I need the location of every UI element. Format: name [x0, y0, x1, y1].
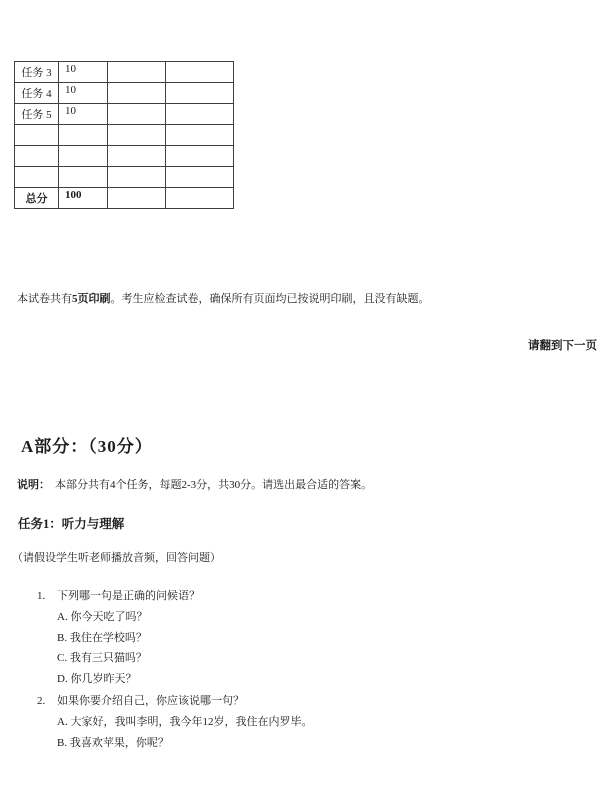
empty-cell: [166, 146, 234, 167]
section-instructions: 说明：本部分共有4个任务，每题2-3分，共30分。请选出最合适的答案。: [17, 476, 372, 492]
empty-cell: [59, 167, 108, 188]
question-list: 1. 下列哪一句是正确的问候语？ A. 你今天吃了吗？ B. 我住在学校吗？ C…: [37, 586, 582, 753]
task1-note: （请假设学生听老师播放音频，回答问题）: [12, 549, 221, 565]
task-score-cell: 10: [59, 83, 108, 104]
empty-cell: [59, 146, 108, 167]
table-row: [15, 125, 234, 146]
notice-page-count: 5页印刷: [72, 293, 111, 305]
table-row-total: 总分 100: [15, 188, 234, 209]
empty-cell: [108, 62, 166, 83]
empty-cell: [108, 146, 166, 167]
option-line: A. 你今天吃了吗？: [57, 607, 582, 628]
empty-cell: [166, 125, 234, 146]
table-row: 任务 3 10: [15, 62, 234, 83]
empty-cell: [166, 167, 234, 188]
task-label-cell: 任务 5: [15, 104, 59, 125]
question-item-1: 1. 下列哪一句是正确的问候语？ A. 你今天吃了吗？ B. 我住在学校吗？ C…: [37, 586, 582, 690]
question-item-2: 2. 如果你要介绍自己，你应该说哪一句？ A. 大家好，我叫李明，我今年12岁，…: [37, 691, 582, 753]
task-score-cell: 10: [59, 62, 108, 83]
question-number: 1.: [37, 586, 57, 607]
print-notice: 本试卷共有5页印刷。考生应检查试卷，确保所有页面均已按说明印刷，且没有缺题。: [17, 290, 592, 306]
notice-prefix: 本试卷共有: [17, 293, 72, 305]
empty-cell: [166, 104, 234, 125]
instructions-label: 说明：: [17, 479, 50, 491]
empty-cell: [59, 125, 108, 146]
empty-cell: [108, 125, 166, 146]
total-label-cell: 总分: [15, 188, 59, 209]
turn-page-note: 请翻到下一页: [528, 337, 597, 353]
empty-cell: [108, 188, 166, 209]
empty-cell: [15, 167, 59, 188]
question-text: 如果你要介绍自己，你应该说哪一句？: [57, 691, 244, 712]
empty-cell: [166, 83, 234, 104]
table-row: [15, 146, 234, 167]
table-row: 任务 5 10: [15, 104, 234, 125]
task-label-cell: 任务 4: [15, 83, 59, 104]
total-score-cell: 100: [59, 188, 108, 209]
question-line: 1. 下列哪一句是正确的问候语？: [37, 586, 582, 607]
table-row: [15, 167, 234, 188]
question-line: 2. 如果你要介绍自己，你应该说哪一句？: [37, 691, 582, 712]
empty-cell: [15, 125, 59, 146]
empty-cell: [15, 146, 59, 167]
option-line: A. 大家好，我叫李明，我今年12岁，我住在内罗毕。: [57, 712, 582, 733]
question-number: 2.: [37, 691, 57, 712]
option-line: C. 我有三只猫吗？: [57, 648, 582, 669]
score-table: 任务 3 10 任务 4 10 任务 5 10: [14, 61, 234, 209]
task-score-cell: 10: [59, 104, 108, 125]
exam-page: 任务 3 10 任务 4 10 任务 5 10: [0, 0, 612, 792]
empty-cell: [166, 188, 234, 209]
section-a-heading: A部分：（30分）: [21, 432, 153, 457]
task-label-cell: 任务 3: [15, 62, 59, 83]
table-row: 任务 4 10: [15, 83, 234, 104]
option-line: D. 你几岁昨天？: [57, 669, 582, 690]
instructions-text: 本部分共有4个任务，每题2-3分，共30分。请选出最合适的答案。: [55, 479, 372, 491]
empty-cell: [166, 62, 234, 83]
option-line: B. 我喜欢苹果，你呢？: [57, 733, 582, 754]
notice-suffix: 。考生应检查试卷，确保所有页面均已按说明印刷，且没有缺题。: [111, 293, 430, 305]
empty-cell: [108, 104, 166, 125]
empty-cell: [108, 83, 166, 104]
task1-heading: 任务1：听力与理解: [18, 514, 124, 532]
empty-cell: [108, 167, 166, 188]
option-line: B. 我住在学校吗？: [57, 628, 582, 649]
question-text: 下列哪一句是正确的问候语？: [57, 586, 200, 607]
